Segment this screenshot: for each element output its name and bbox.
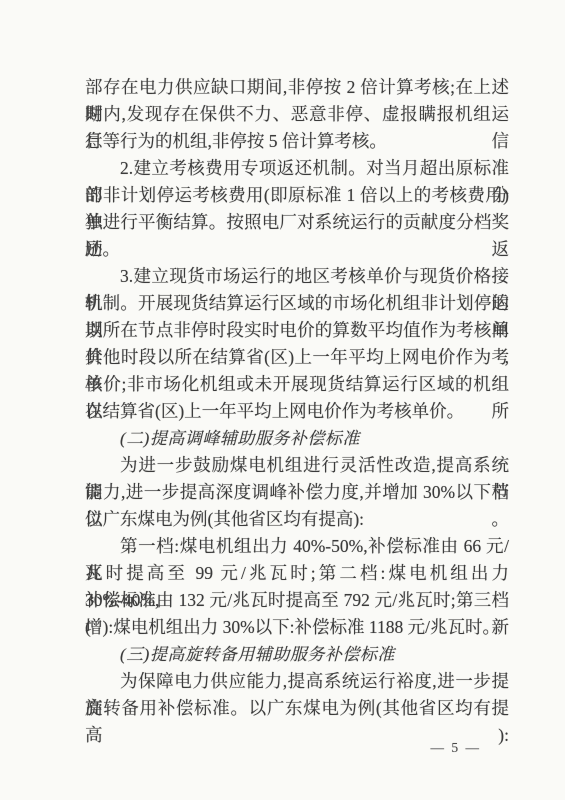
text-line: 2.建立考核费用专项返还机制。对当月超出原标准部分 (85, 155, 509, 182)
text-line: 独进行平衡结算。按照电厂对系统运行的贡献度分档奖励返 (85, 209, 509, 236)
text-line: 增):煤电机组出力 30%以下:补偿标准 1188 元/兆瓦时。 (85, 614, 509, 641)
page-number: — 5 — (431, 739, 482, 757)
text-line: 补偿标准由 132 元/兆瓦时提高至 792 元/兆瓦时;第三档(新 (85, 587, 509, 614)
text-line: 其他时段以所在结算省(区)上一年平均上网电价作为考核 (85, 344, 509, 371)
document-lines: 部存在电力供应缺口期间,非停按 2 倍计算考核;在上述时期内,发现存在保供不力、… (85, 74, 509, 722)
text-line: 为保障电力供应能力,提高系统运行裕度,进一步提高 (85, 668, 509, 695)
text-line: 单价;非市场化机组或未开展现货结算运行区域的机组以所 (85, 371, 509, 398)
text-line: 第一档:煤电机组出力 40%-50%,补偿标准由 66 元/兆 (85, 533, 509, 560)
text-line: 为进一步鼓励煤电机组进行灵活性改造,提高系统调节 (85, 452, 509, 479)
text-line: 能力,进一步提高深度调峰补偿力度,并增加 30%以下档位。 (85, 479, 509, 506)
text-line: 期内,发现存在保供不力、恶意非停、虚报瞒报机组运行信 (85, 101, 509, 128)
text-line: 的非计划停运考核费用(即原标准 1 倍以上的考核费用)单 (85, 182, 509, 209)
text-line: 机制。开展现货结算运行区域的市场化机组非计划停运期间 (85, 290, 509, 317)
text-line: 以所在节点非停时段实时电价的算数平均值作为考核单价, (85, 317, 509, 344)
section-heading: (三)提高旋转备用辅助服务补偿标准 (85, 641, 509, 668)
text-line: 瓦时提高至 99 元/兆瓦时;第二档:煤电机组出力 30%-40%, (85, 560, 509, 587)
text-line: 部存在电力供应缺口期间,非停按 2 倍计算考核;在上述时 (85, 74, 509, 101)
text-line: 在结算省(区)上一年平均上网电价作为考核单价。 (85, 398, 509, 425)
document-page: 部存在电力供应缺口期间,非停按 2 倍计算考核;在上述时期内,发现存在保供不力、… (0, 0, 565, 800)
text-line: 旋转备用补偿标准。以广东煤电为例(其他省区均有提高): (85, 695, 509, 722)
text-line: 3.建立现货市场运行的地区考核单价与现货价格接轨的 (85, 263, 509, 290)
section-heading: (二)提高调峰辅助服务补偿标准 (85, 425, 509, 452)
